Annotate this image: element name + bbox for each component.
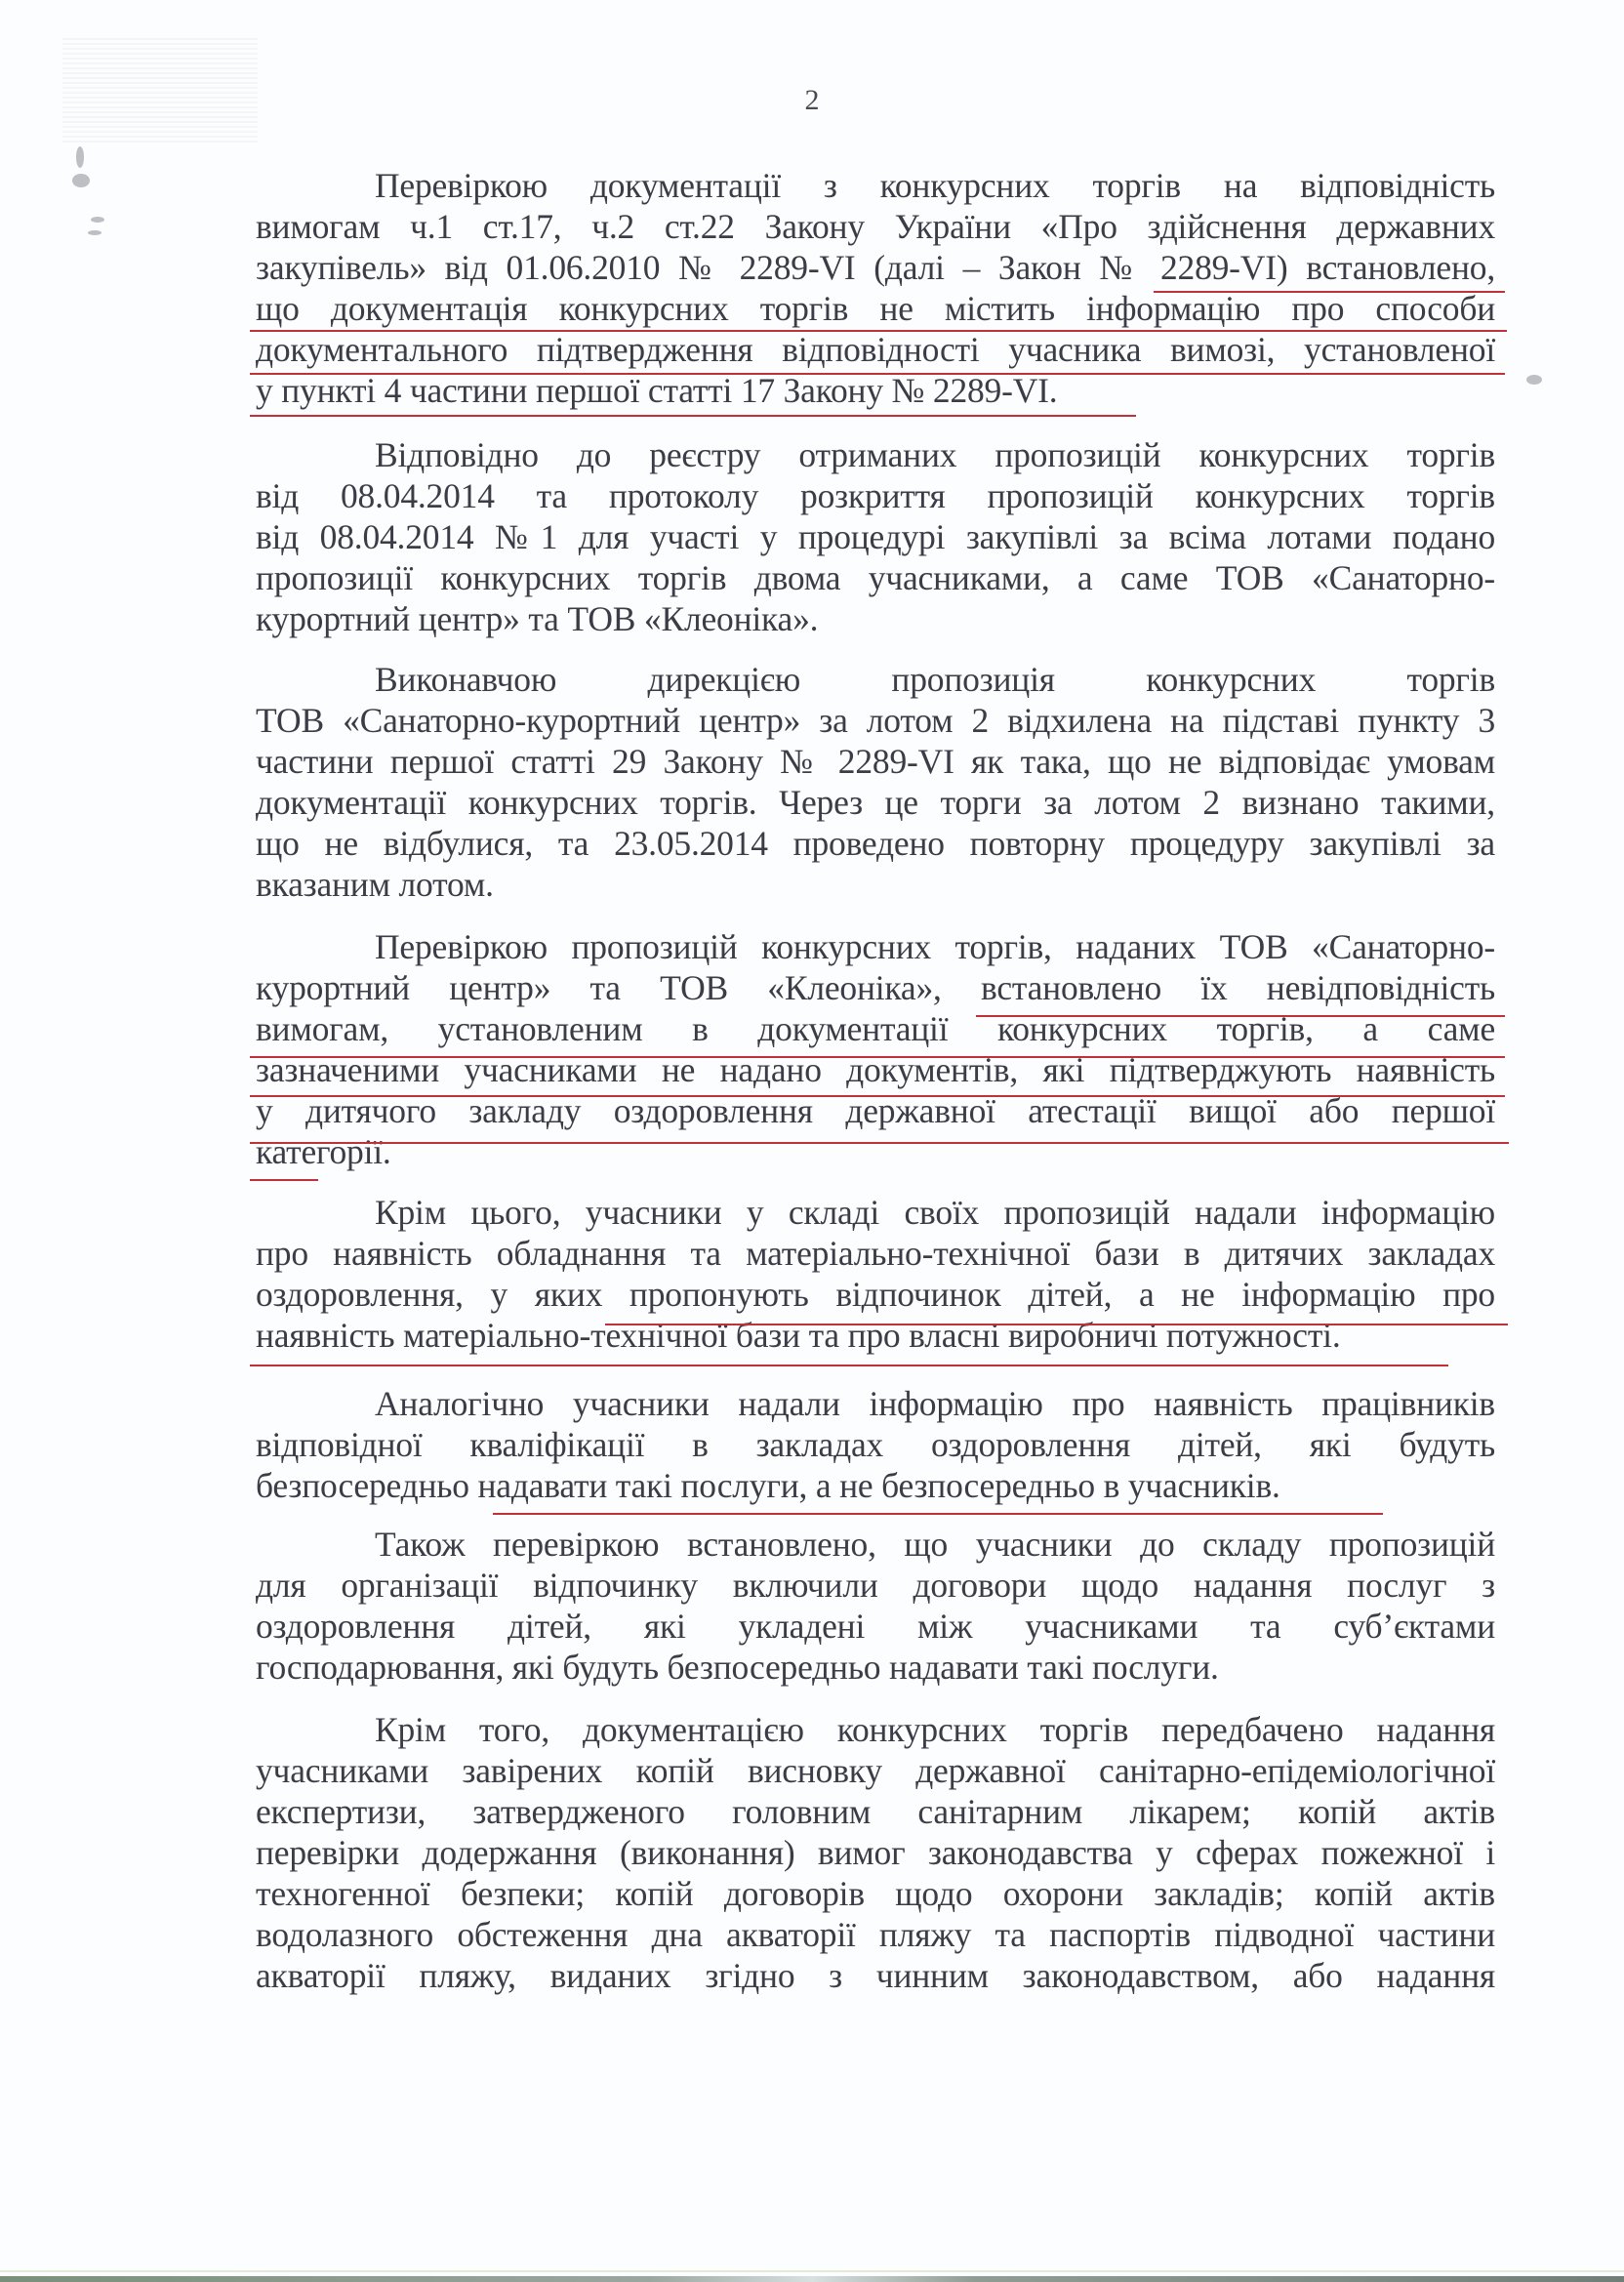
text-line: оздоровлення дітей, які укладені між уча…	[256, 1607, 1495, 1646]
scan-bottom-bar	[0, 2276, 1624, 2282]
text-line: про наявність обладнання та матеріально-…	[256, 1234, 1495, 1273]
text-line: безпосередньо надавати такі послуги, а н…	[256, 1466, 1495, 1505]
text-line: що не відбулися, та 23.05.2014 проведено…	[256, 824, 1495, 863]
text-line: вказаним лотом.	[256, 865, 1495, 904]
text-line: курортний центр» та ТОВ «Клеоніка».	[256, 599, 1495, 638]
text-line: оздоровлення, у яких пропонують відпочин…	[256, 1275, 1495, 1314]
text-line: перевірки додержання (виконання) вимог з…	[256, 1833, 1495, 1872]
underline-mark	[250, 330, 1507, 332]
text-line: ТОВ «Санаторно-курортний центр» за лотом…	[256, 701, 1495, 740]
underline-mark	[250, 1179, 318, 1181]
underline-mark	[605, 1324, 1508, 1325]
text-line: у пункті 4 частини першої статті 17 Зако…	[256, 371, 1495, 410]
text-line: від 08.04.2014 №1 для участі у процедурі…	[256, 517, 1495, 556]
underline-mark	[250, 1056, 1505, 1058]
text-line: вимогам ч.1 ст.17, ч.2 ст.22 Закону Укра…	[256, 207, 1495, 246]
text-line: курортний центр» та ТОВ «Клеоніка», вста…	[256, 968, 1495, 1007]
scan-speck	[76, 146, 84, 168]
text-line: документації конкурсних торгів. Через це…	[256, 783, 1495, 822]
text-line: Аналогічно учасники надали інформацію пр…	[375, 1384, 1495, 1423]
text-line: закупівель» від 01.06.2010 № 2289-VI (да…	[256, 248, 1495, 287]
scan-speck	[72, 174, 90, 187]
text-line: експертизи, затвердженого головним саніт…	[256, 1792, 1495, 1831]
underline-mark	[1154, 291, 1505, 293]
text-line: наявність матеріально-технічної бази та …	[256, 1316, 1495, 1355]
text-line: частини першої статті 29 Закону № 2289-V…	[256, 742, 1495, 781]
underline-mark	[250, 1365, 1448, 1366]
text-line: Крім того, документацією конкурсних торг…	[375, 1710, 1495, 1749]
scan-speck	[88, 230, 101, 235]
text-line: документального підтвердження відповідно…	[256, 330, 1495, 369]
underline-mark	[976, 1015, 1505, 1017]
text-line: категорії.	[256, 1132, 1495, 1171]
text-line: відповідної кваліфікації в закладах оздо…	[256, 1425, 1495, 1464]
text-line: учасниками завірених копій висновку держ…	[256, 1751, 1495, 1790]
text-line: пропозиції конкурсних торгів двома учасн…	[256, 558, 1495, 597]
scanned-document-page: 2 Перевіркою документації з конкурсних т…	[0, 0, 1624, 2282]
text-line: Також перевіркою встановлено, що учасник…	[375, 1525, 1495, 1564]
scan-speck	[91, 217, 104, 223]
text-line: акваторії пляжу, виданих згідно з чинним…	[256, 1956, 1495, 1995]
text-line: господарювання, які будуть безпосередньо…	[256, 1648, 1495, 1687]
underline-mark	[493, 1513, 1383, 1515]
underline-mark	[250, 1095, 1505, 1097]
text-line: Відповідно до реєстру отриманих пропозиц…	[375, 435, 1495, 474]
text-line: Перевіркою пропозицій конкурсних торгів,…	[375, 927, 1495, 966]
underline-mark	[250, 1142, 1509, 1144]
scan-speck	[1526, 375, 1542, 385]
text-line: водолазного обстеження дна акваторії пля…	[256, 1915, 1495, 1954]
page-number: 2	[0, 84, 1624, 117]
text-line: Виконавчою дирекцією пропозиція конкурсн…	[375, 660, 1495, 699]
text-line: для організації відпочинку включили дого…	[256, 1566, 1495, 1605]
text-line: у дитячого закладу оздоровлення державно…	[256, 1091, 1495, 1130]
text-line: Перевіркою документації з конкурсних тор…	[375, 166, 1495, 205]
text-line: техногенної безпеки; копій договорів щод…	[256, 1874, 1495, 1913]
text-line: від 08.04.2014 та протоколу розкриття пр…	[256, 476, 1495, 515]
underline-mark	[250, 415, 1136, 417]
text-line: що документація конкурсних торгів не міс…	[256, 289, 1495, 328]
text-line: Крім цього, учасники у складі своїх проп…	[375, 1193, 1495, 1232]
scan-bottom-edge	[0, 2270, 1624, 2272]
underline-mark	[250, 373, 1505, 375]
